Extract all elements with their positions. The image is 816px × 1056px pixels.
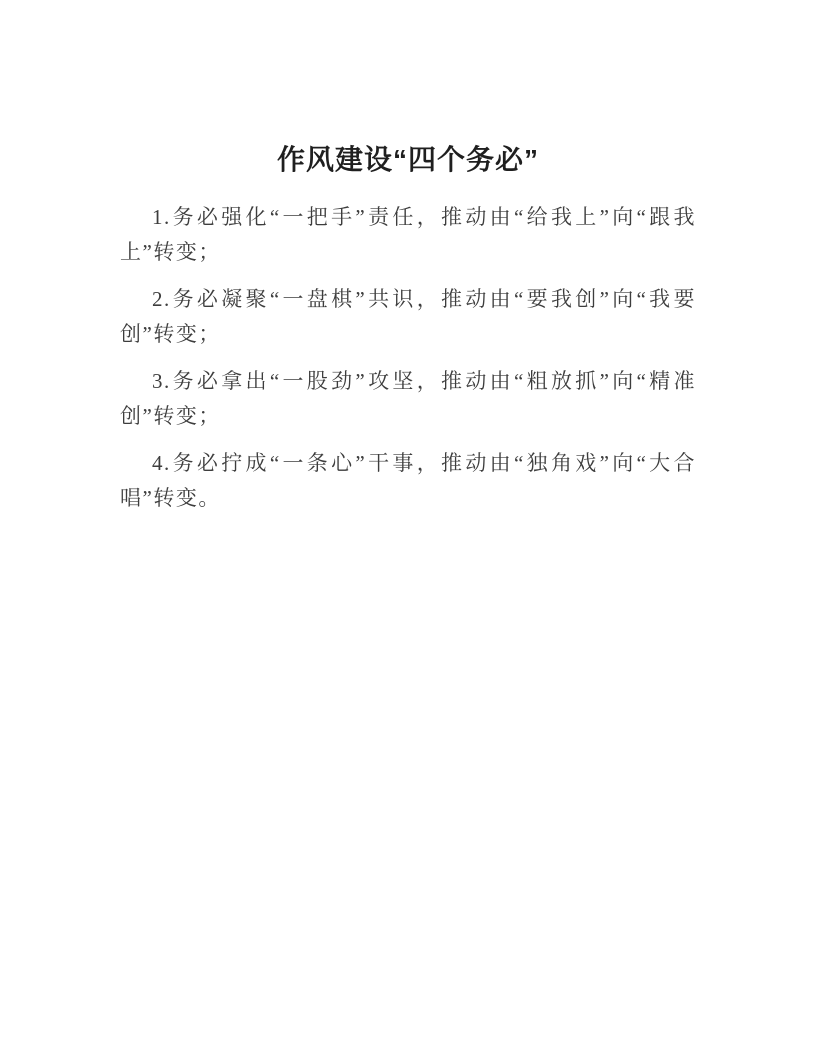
paragraph-4: 4.务必拧成“一条心”干事，推动由“独角戏”向“大合唱”转变。 xyxy=(120,446,696,516)
document-body: 1.务必强化“一把手”责任，推动由“给我上”向“跟我上”转变； 2.务必凝聚“一… xyxy=(120,200,696,516)
paragraph-3: 3.务必拿出“一股劲”攻坚，推动由“粗放抓”向“精准创”转变； xyxy=(120,364,696,434)
paragraph-2: 2.务必凝聚“一盘棋”共识，推动由“要我创”向“我要创”转变； xyxy=(120,282,696,352)
document-page: 作风建设“四个务必” 1.务必强化“一把手”责任，推动由“给我上”向“跟我上”转… xyxy=(0,0,816,1056)
paragraph-1: 1.务必强化“一把手”责任，推动由“给我上”向“跟我上”转变； xyxy=(120,200,696,270)
document-title: 作风建设“四个务必” xyxy=(120,143,696,177)
